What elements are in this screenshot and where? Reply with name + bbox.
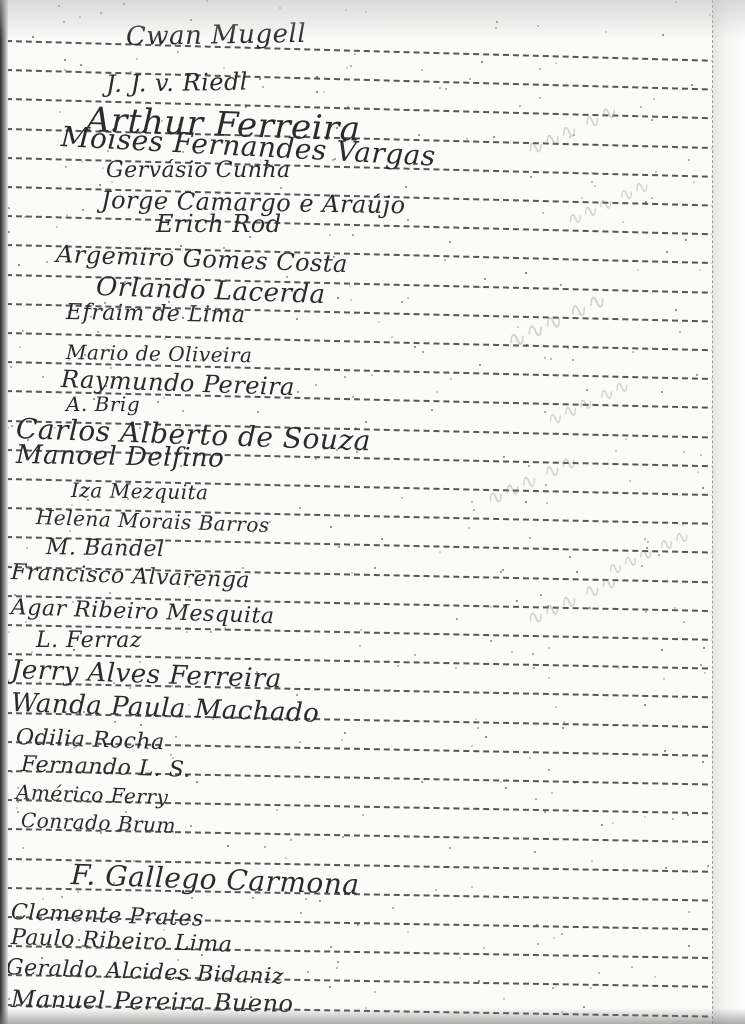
signature: Manoel Delfino [16, 440, 225, 474]
signature: L. Ferraz [36, 628, 142, 653]
signature: Américo Ferry [16, 780, 169, 809]
scan-smudge-top [0, 0, 745, 40]
signature: Helena Morais Barros [36, 505, 270, 537]
binding-shadow [0, 0, 8, 1024]
signature: Geraldo Alcides Bidaniz [6, 955, 284, 990]
ruled-line [6, 40, 718, 62]
bleed-through-scribble: ∿∿∿ ∿∿ [521, 99, 621, 164]
signature: Mario de Oliveira [66, 340, 253, 367]
signature: Erich Rod [156, 210, 282, 238]
signature: M. Bandel [46, 535, 165, 562]
signature: A. Brig [66, 392, 140, 416]
bleed-through-scribble: ∿∿∿ ∿∿ [481, 449, 581, 514]
scan-shadow-bottom [0, 1008, 745, 1024]
signature: Odilia Rocha [16, 725, 166, 755]
signature: Gervásio Cunha [106, 158, 291, 183]
signature: Iza Mezquita [71, 478, 209, 504]
signature: Conrado Brum [21, 808, 177, 837]
signature: Fernando L. S. [21, 752, 192, 783]
ruled-paper-sheet: ∿∿∿ ∿∿∿∿∿ ∿∿∿∿∿ ∿∿∿∿∿ ∿∿∿∿∿ ∿∿∿∿∿ ∿∿∿∿∿ … [6, 0, 718, 1024]
signature: J. J. v. Riedl [106, 68, 248, 98]
signature: Francisco Alvarenga [11, 560, 251, 593]
page-right-margin [712, 0, 745, 1024]
bleed-through-scribble: ∿∿∿ ∿∿ [601, 523, 693, 583]
signature: Efraim de Lima [66, 300, 246, 328]
